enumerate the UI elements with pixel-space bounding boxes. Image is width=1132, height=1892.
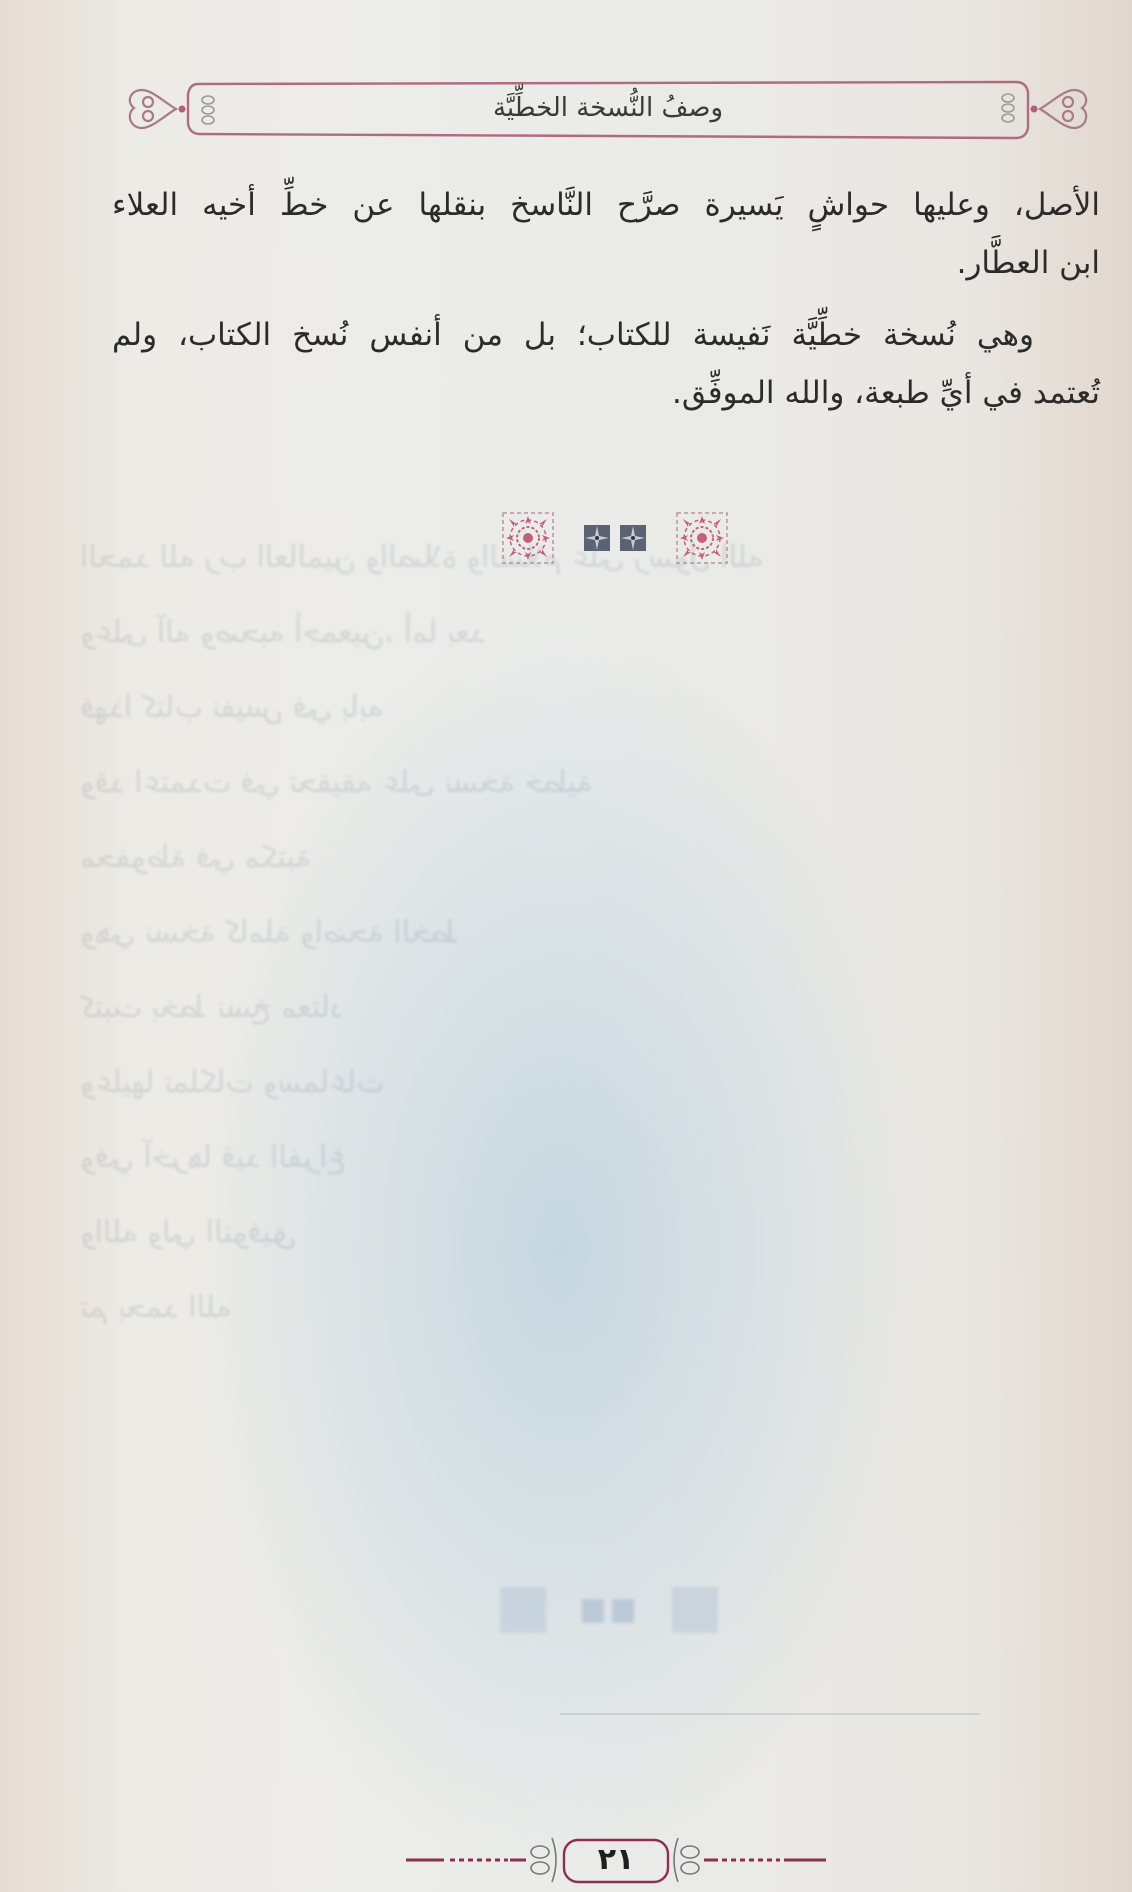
ghost-line: والله ولي التوفيق [80, 1195, 1080, 1270]
ghost-line: وهي نسخة كاملة واضحة الخط [80, 895, 1080, 970]
text-line: تُعتمد في أيِّ طبعة، والله الموفِّق. [112, 364, 1100, 422]
ghost-line: وعلى آله وصحبه أجمعين، أما بعد [80, 595, 1080, 670]
page-footer: ٢١ [398, 1832, 828, 1888]
running-header: وصفُ النُّسخة الخطِّيَّة [128, 72, 1088, 146]
ghost-line: كتبت بخط نسخ معتاد [80, 970, 1080, 1045]
ghost-line: محفوظة في مكتبة [80, 820, 1080, 895]
page-number: ٢١ [566, 1840, 666, 1880]
ghost-line: وفي آخرها قيد الفراغ [80, 1120, 1080, 1195]
text-line: وهي نُسخة خطِّيَّة نَفيسة للكتاب؛ بل من … [112, 306, 1100, 364]
ghost-separator [490, 1585, 730, 1635]
ghost-line: تم بحمد الله [80, 1270, 1080, 1345]
ghost-line: فهذا كتاب نفيس في بابه [80, 670, 1080, 745]
paragraph: وهي نُسخة خطِّيَّة نَفيسة للكتاب؛ بل من … [112, 306, 1100, 422]
book-page: وصفُ النُّسخة الخطِّيَّة الأصل، وعليها ح… [0, 0, 1132, 1892]
ghost-line: وعليها تملكات وسماعات [80, 1045, 1080, 1120]
text-line: الأصل، وعليها حواشٍ يَسيرة صرَّح النَّاس… [112, 176, 1100, 234]
ghost-line: وقد اعتمدت في تحقيقه على نسخة خطية [80, 745, 1080, 820]
bleed-through-text: الحمد لله رب العالمين والصلاة والسلام عل… [80, 520, 1080, 1345]
text-line: ابن العطَّار. [112, 234, 1100, 292]
chapter-title: وصفُ النُّسخة الخطِّيَّة [378, 88, 838, 128]
ghost-footnote-rule [560, 1713, 980, 1715]
ghost-line: الحمد لله رب العالمين والصلاة والسلام عل… [80, 520, 1080, 595]
paragraph-continuation: الأصل، وعليها حواشٍ يَسيرة صرَّح النَّاس… [112, 176, 1100, 292]
